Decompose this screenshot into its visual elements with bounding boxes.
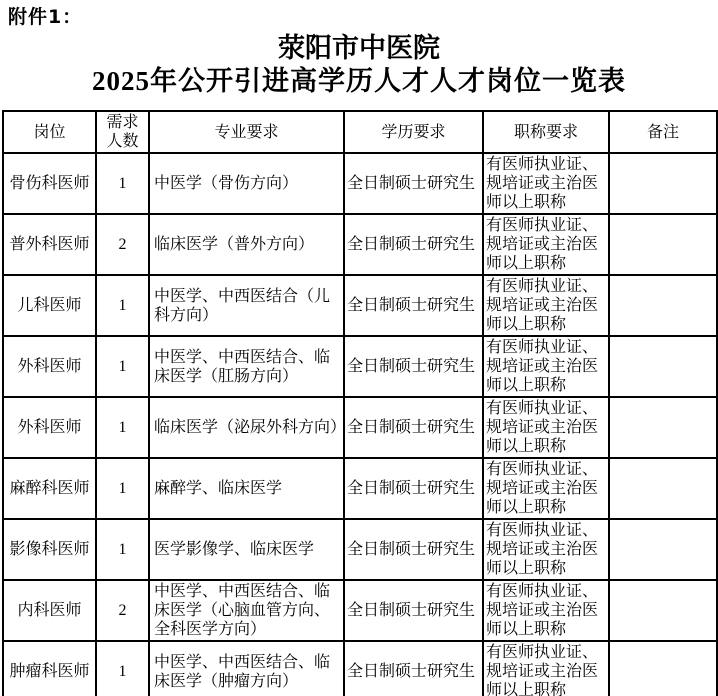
table-header-row: 岗位 需求人数 专业要求 学历要求 职称要求 备注 xyxy=(3,111,717,153)
cell-remark xyxy=(609,397,717,458)
cell-title-requirement: 有医师执业证、规培证或主治医师以上职称 xyxy=(483,458,609,519)
table-row: 影像科医师 1 医学影像学、临床医学 全日制硕士研究生 有医师执业证、规培证或主… xyxy=(3,519,717,580)
table-row: 肿瘤科医师 1 中医学、中西医结合、临床医学（肿瘤方向） 全日制硕士研究生 有医… xyxy=(3,641,717,696)
cell-title-requirement: 有医师执业证、规培证或主治医师以上职称 xyxy=(483,519,609,580)
cell-position: 普外科医师 xyxy=(3,214,96,275)
cell-title-requirement: 有医师执业证、规培证或主治医师以上职称 xyxy=(483,214,609,275)
table-row: 内科医师 2 中医学、中西医结合、临床医学（心脑血管方向、全科医学方向） 全日制… xyxy=(3,580,717,641)
cell-title-requirement: 有医师执业证、规培证或主治医师以上职称 xyxy=(483,397,609,458)
cell-education: 全日制硕士研究生 xyxy=(344,580,483,641)
cell-remark xyxy=(609,275,717,336)
cell-remark xyxy=(609,336,717,397)
header-education: 学历要求 xyxy=(344,111,483,153)
document-page: 附件1： 荥阳市中医院 2025年公开引进高学历人才人才岗位一览表 岗位 需求人… xyxy=(0,5,718,696)
cell-position: 内科医师 xyxy=(3,580,96,641)
cell-major: 临床医学（普外方向） xyxy=(149,214,344,275)
cell-major: 麻醉学、临床医学 xyxy=(149,458,344,519)
cell-education: 全日制硕士研究生 xyxy=(344,519,483,580)
document-title: 荥阳市中医院 2025年公开引进高学历人才人才岗位一览表 xyxy=(0,32,718,98)
title-roster-name: 2025年公开引进高学历人才人才岗位一览表 xyxy=(0,65,718,98)
title-hospital-name: 荥阳市中医院 xyxy=(0,32,718,65)
cell-major: 医学影像学、临床医学 xyxy=(149,519,344,580)
cell-count: 2 xyxy=(96,214,149,275)
header-count: 需求人数 xyxy=(96,111,149,153)
cell-education: 全日制硕士研究生 xyxy=(344,641,483,696)
cell-remark xyxy=(609,519,717,580)
cell-remark xyxy=(609,153,717,214)
table-row: 儿科医师 1 中医学、中西医结合（儿科方向） 全日制硕士研究生 有医师执业证、规… xyxy=(3,275,717,336)
cell-major: 中医学（骨伤方向） xyxy=(149,153,344,214)
header-remark: 备注 xyxy=(609,111,717,153)
table-row: 麻醉科医师 1 麻醉学、临床医学 全日制硕士研究生 有医师执业证、规培证或主治医… xyxy=(3,458,717,519)
cell-major: 临床医学（泌尿外科方向） xyxy=(149,397,344,458)
cell-education: 全日制硕士研究生 xyxy=(344,397,483,458)
cell-education: 全日制硕士研究生 xyxy=(344,458,483,519)
cell-count: 1 xyxy=(96,519,149,580)
header-position: 岗位 xyxy=(3,111,96,153)
cell-major: 中医学、中西医结合（儿科方向） xyxy=(149,275,344,336)
cell-remark xyxy=(609,458,717,519)
cell-major: 中医学、中西医结合、临床医学（心脑血管方向、全科医学方向） xyxy=(149,580,344,641)
cell-count: 2 xyxy=(96,580,149,641)
cell-education: 全日制硕士研究生 xyxy=(344,275,483,336)
header-title-requirement: 职称要求 xyxy=(483,111,609,153)
cell-position: 骨伤科医师 xyxy=(3,153,96,214)
cell-major: 中医学、中西医结合、临床医学（肛肠方向） xyxy=(149,336,344,397)
table-row: 骨伤科医师 1 中医学（骨伤方向） 全日制硕士研究生 有医师执业证、规培证或主治… xyxy=(3,153,717,214)
cell-remark xyxy=(609,641,717,696)
cell-count: 1 xyxy=(96,153,149,214)
attachment-label: 附件1： xyxy=(8,5,718,29)
table-row: 普外科医师 2 临床医学（普外方向） 全日制硕士研究生 有医师执业证、规培证或主… xyxy=(3,214,717,275)
cell-position: 外科医师 xyxy=(3,397,96,458)
cell-count: 1 xyxy=(96,397,149,458)
cell-position: 肿瘤科医师 xyxy=(3,641,96,696)
cell-title-requirement: 有医师执业证、规培证或主治医师以上职称 xyxy=(483,275,609,336)
cell-position: 儿科医师 xyxy=(3,275,96,336)
header-major: 专业要求 xyxy=(149,111,344,153)
cell-count: 1 xyxy=(96,275,149,336)
cell-education: 全日制硕士研究生 xyxy=(344,214,483,275)
cell-count: 1 xyxy=(96,458,149,519)
cell-education: 全日制硕士研究生 xyxy=(344,153,483,214)
cell-count: 1 xyxy=(96,641,149,696)
cell-title-requirement: 有医师执业证、规培证或主治医师以上职称 xyxy=(483,153,609,214)
cell-title-requirement: 有医师执业证、规培证或主治医师以上职称 xyxy=(483,336,609,397)
cell-remark xyxy=(609,580,717,641)
cell-position: 外科医师 xyxy=(3,336,96,397)
cell-count: 1 xyxy=(96,336,149,397)
cell-education: 全日制硕士研究生 xyxy=(344,336,483,397)
table-row: 外科医师 1 中医学、中西医结合、临床医学（肛肠方向） 全日制硕士研究生 有医师… xyxy=(3,336,717,397)
cell-remark xyxy=(609,214,717,275)
cell-position: 影像科医师 xyxy=(3,519,96,580)
table-row: 外科医师 1 临床医学（泌尿外科方向） 全日制硕士研究生 有医师执业证、规培证或… xyxy=(3,397,717,458)
positions-table: 岗位 需求人数 专业要求 学历要求 职称要求 备注 骨伤科医师 1 中医学（骨伤… xyxy=(2,110,718,696)
cell-title-requirement: 有医师执业证、规培证或主治医师以上职称 xyxy=(483,580,609,641)
cell-position: 麻醉科医师 xyxy=(3,458,96,519)
cell-title-requirement: 有医师执业证、规培证或主治医师以上职称 xyxy=(483,641,609,696)
cell-major: 中医学、中西医结合、临床医学（肿瘤方向） xyxy=(149,641,344,696)
